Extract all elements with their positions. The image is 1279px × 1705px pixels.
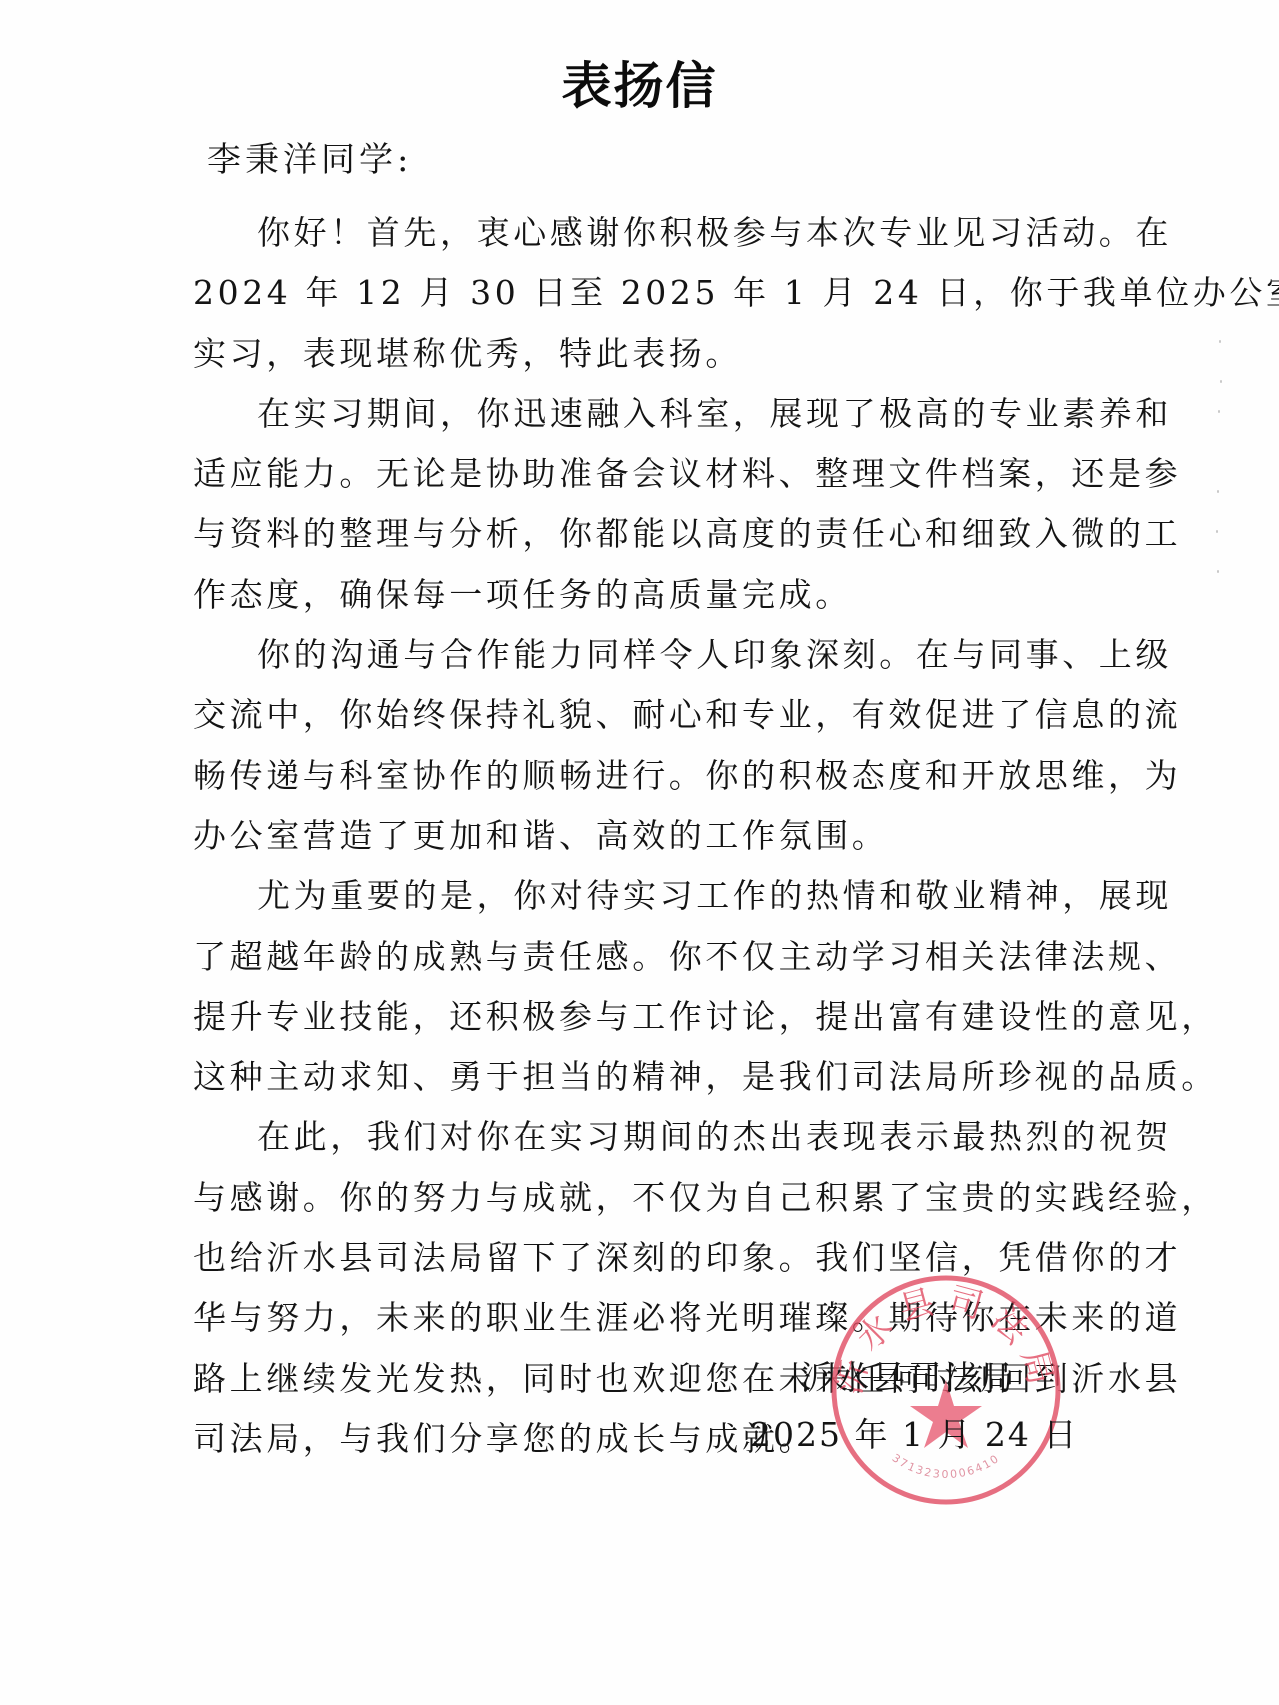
body-line: 畅传递与科室协作的顺畅进行。你的积极态度和开放思维，为 (193, 752, 1013, 812)
signature-organization: 沂水县司法局 (800, 1354, 1016, 1402)
salutation: 李秉洋同学: (207, 136, 412, 184)
body-line: 与资料的整理与分析，你都能以高度的责任心和细致入微的工 (193, 510, 1013, 570)
scan-artifacts (1215, 320, 1223, 580)
body-line: 你的沟通与合作能力同样令人印象深刻。在与同事、上级 (193, 631, 1013, 691)
body-line: 在此，我们对你在实习期间的杰出表现表示最热烈的祝贺 (193, 1113, 1013, 1173)
body-line: 适应能力。无论是协助准备会议材料、整理文件档案，还是参 (193, 450, 1013, 510)
letter-page: 表扬信 李秉洋同学: 你好！首先，衷心感谢你积极参与本次专业见习活动。在2024… (0, 0, 1279, 1705)
body-line: 你好！首先，衷心感谢你积极参与本次专业见习活动。在 (193, 209, 1013, 269)
body-line: 尤为重要的是，你对待实习工作的热情和敬业精神，展现 (193, 872, 1013, 932)
signature-date: 2025 年 1 月 24 日 (750, 1411, 1078, 1459)
body-line: 作态度，确保每一项任务的高质量完成。 (193, 571, 1013, 631)
body-line: 交流中，你始终保持礼貌、耐心和专业，有效促进了信息的流 (193, 691, 1013, 751)
body-line: 提升专业技能，还积极参与工作讨论，提出富有建设性的意见， (193, 993, 1013, 1053)
body-line: 办公室营造了更加和谐、高效的工作氛围。 (193, 812, 1013, 872)
body-line: 了超越年龄的成熟与责任感。你不仅主动学习相关法律法规、 (193, 933, 1013, 993)
body-line: 这种主动求知、勇于担当的精神，是我们司法局所珍视的品质。 (193, 1053, 1013, 1113)
body-line: 在实习期间，你迅速融入科室，展现了极高的专业素养和 (193, 390, 1013, 450)
body-line: 实习，表现堪称优秀，特此表扬。 (193, 330, 1013, 390)
letter-title: 表扬信 (0, 56, 1279, 116)
body-line: 与感谢。你的努力与成就，不仅为自己积累了宝贵的实践经验， (193, 1174, 1013, 1234)
body-line: 2024 年 12 月 30 日至 2025 年 1 月 24 日，你于我单位办… (193, 269, 1013, 329)
